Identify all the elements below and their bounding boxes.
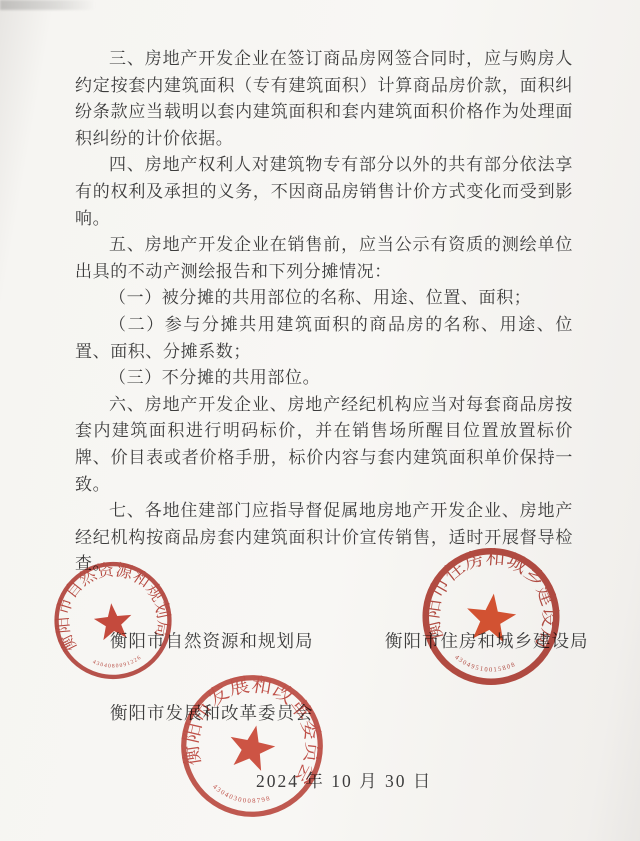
paragraph-3: 三、房地产开发企业在签订商品房网签合同时，应与购房人约定按套内建筑面积（专有建筑… (75, 46, 573, 152)
svg-text:43049510015808: 43049510015808 (452, 654, 518, 678)
paragraph-5: 五、房地产开发企业在销售前，应当公示有资质的测绘单位出具的不动产测绘报告和下列分… (75, 232, 573, 285)
seal-serial-number: 4304080091226 (91, 654, 144, 672)
scan-artifact (0, 0, 96, 10)
signature-development-reform-commission: 衡阳市发展和改革委员会 (110, 700, 314, 725)
document-page: 三、房地产开发企业在签订商品房网签合同时，应与购房人约定按套内建筑面积（专有建筑… (0, 0, 640, 841)
signature-natural-resources-bureau: 衡阳市自然资源和规划局 (110, 628, 314, 653)
seal-serial-number: 43049510015808 (452, 654, 518, 678)
signature-housing-bureau: 衡阳市住房和城乡建设局 (385, 628, 589, 653)
paragraph-6: 六、房地产开发企业、房地产经纪机构应当对每套商品房按套内建筑面积进行明码标价，并… (75, 392, 573, 498)
seal-development-reform-commission: 衡阳市发展和改革委员会 4304030008798 (158, 656, 346, 836)
list-item-2: （二）参与分摊共用建筑面积的商品房的名称、用途、位置、面积、分摊系数； (75, 312, 573, 365)
list-item-3: （三）不分摊的共用部位。 (75, 365, 573, 392)
star-icon (225, 721, 279, 773)
document-date: 2024 年 10 月 30 日 (256, 768, 432, 793)
paragraph-7: 七、各地住建部门应指导督促属地房地产开发企业、房地产经纪机构按商品房套内建筑面积… (75, 498, 573, 578)
paragraph-4: 四、房地产权利人对建筑物专有部分以外的共有部分依法享有的权利及承担的义务，不因商… (75, 152, 573, 232)
svg-text:4304080091226: 4304080091226 (91, 654, 144, 672)
seal-ring (171, 665, 333, 827)
body-text: 三、房地产开发企业在签订商品房网签合同时，应与购房人约定按套内建筑面积（专有建筑… (75, 46, 573, 578)
list-item-1: （一）被分摊的共用部位的名称、用途、位置、面积； (75, 285, 573, 312)
